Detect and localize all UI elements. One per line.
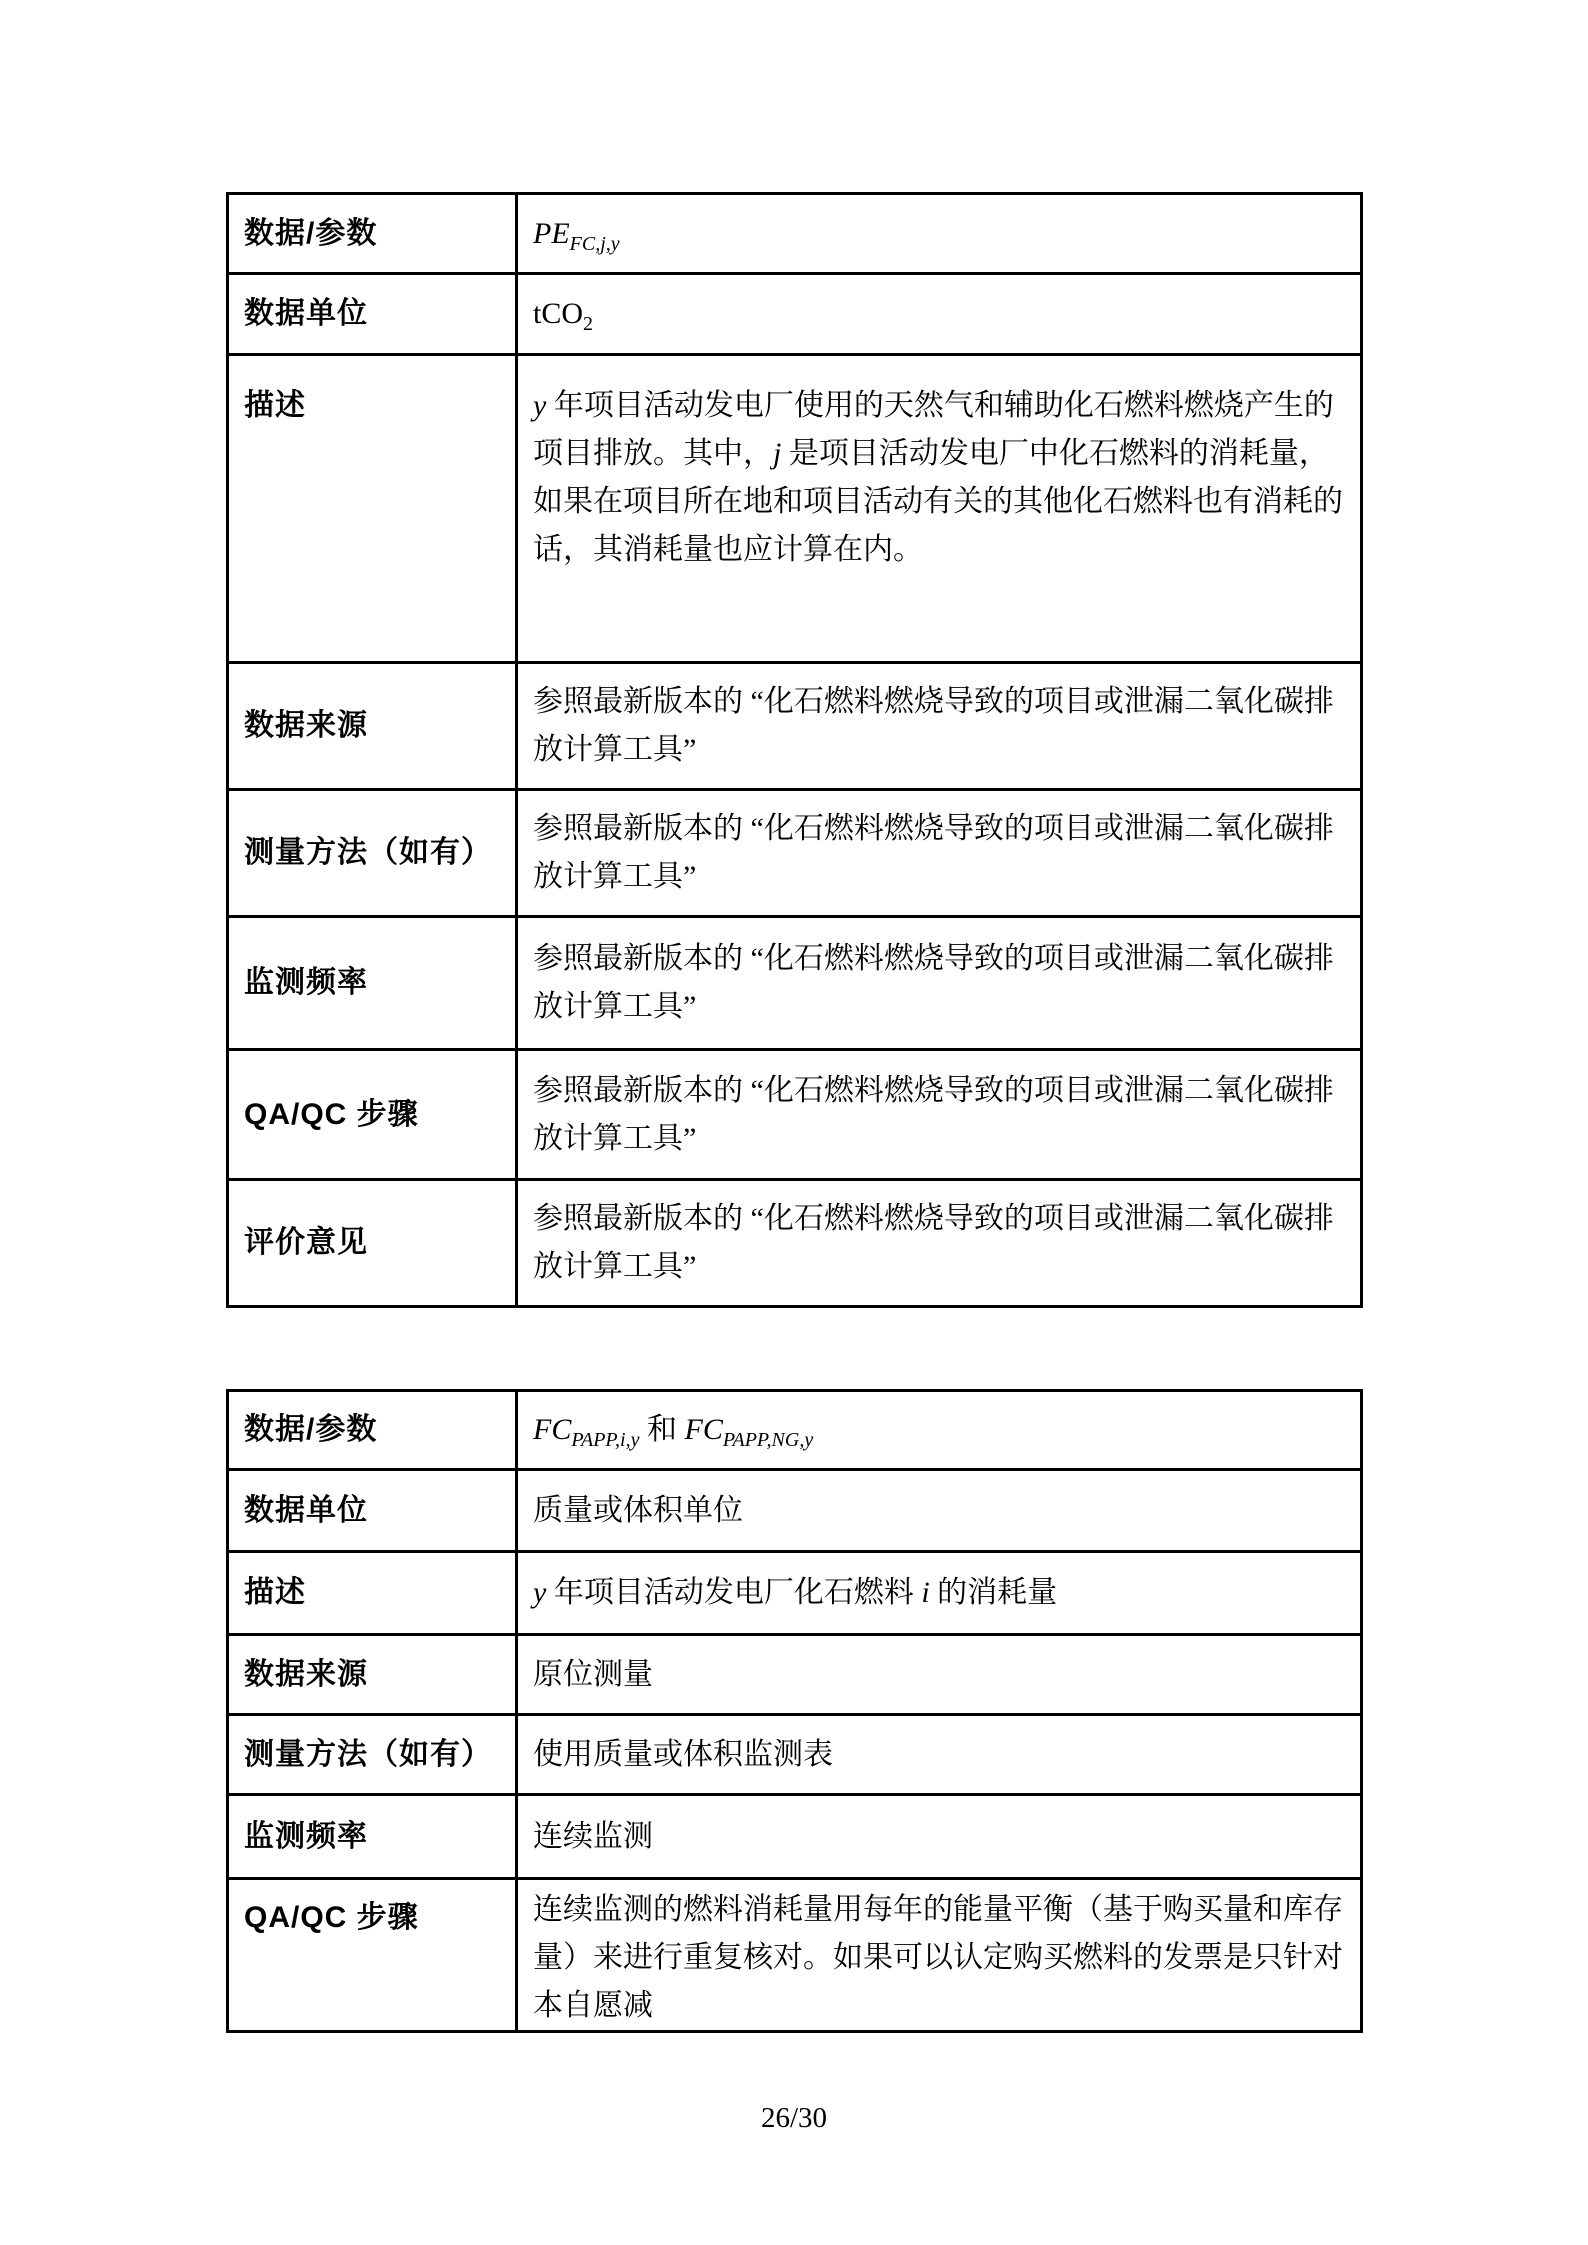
data-unit-value: tCO2 bbox=[517, 274, 1362, 355]
table-row: 测量方法（如有） 参照最新版本的 “化石燃料燃烧导致的项目或泄漏二氧化碳排放计算… bbox=[228, 790, 1362, 917]
table-row: 评价意见 参照最新版本的 “化石燃料燃烧导致的项目或泄漏二氧化碳排放计算工具” bbox=[228, 1180, 1362, 1307]
parameter-table-pe-fc: 数据/参数 PEFC,j,y 数据单位 tCO2 描述 y 年项目活动发电厂使用… bbox=[226, 192, 1363, 1308]
table-row: 数据来源 原位测量 bbox=[228, 1635, 1362, 1715]
measurement-method-value: 使用质量或体积监测表 bbox=[517, 1715, 1362, 1795]
row-label-qaqc: QA/QC 步骤 bbox=[228, 1879, 517, 2032]
measurement-method-value: 参照最新版本的 “化石燃料燃烧导致的项目或泄漏二氧化碳排放计算工具” bbox=[517, 790, 1362, 917]
unit-tco2: tCO2 bbox=[533, 297, 593, 330]
variable-i: i bbox=[921, 1576, 929, 1609]
row-label-measurement-method: 测量方法（如有） bbox=[228, 790, 517, 917]
parameter-formula: PEFC,j,y bbox=[517, 194, 1362, 274]
row-label-description: 描述 bbox=[228, 355, 517, 663]
table-row: 监测频率 参照最新版本的 “化石燃料燃烧导致的项目或泄漏二氧化碳排放计算工具” bbox=[228, 917, 1362, 1050]
table-row: 数据来源 参照最新版本的 “化石燃料燃烧导致的项目或泄漏二氧化碳排放计算工具” bbox=[228, 663, 1362, 790]
description-segment: 年项目活动发电厂化石燃料 bbox=[546, 1576, 921, 1609]
data-source-value: 原位测量 bbox=[517, 1635, 1362, 1715]
formula-subscript: PAPP,i,y bbox=[571, 1429, 639, 1451]
evaluation-comment-value: 参照最新版本的 “化石燃料燃烧导致的项目或泄漏二氧化碳排放计算工具” bbox=[517, 1180, 1362, 1307]
row-label-data-source: 数据来源 bbox=[228, 663, 517, 790]
description-text: y 年项目活动发电厂使用的天然气和辅助化石燃料燃烧产生的项目排放。其中，j 是项… bbox=[517, 355, 1362, 663]
formula-subscript: PAPP,NG,y bbox=[723, 1429, 813, 1451]
document-page: 数据/参数 PEFC,j,y 数据单位 tCO2 描述 y 年项目活动发电厂使用… bbox=[0, 0, 1588, 2245]
row-label-data-parameter: 数据/参数 bbox=[228, 1391, 517, 1470]
table-row: QA/QC 步骤 连续监测的燃料消耗量用每年的能量平衡（基于购买量和库存量）来进… bbox=[228, 1879, 1362, 2032]
formula-pe: PEFC,j,y bbox=[533, 217, 620, 250]
parameter-table-fc-papp: 数据/参数 FCPAPP,i,y 和 FCPAPP,NG,y 数据单位 质量或体… bbox=[226, 1389, 1363, 2033]
table-row: 数据/参数 PEFC,j,y bbox=[228, 194, 1362, 274]
variable-y: y bbox=[533, 1576, 546, 1609]
qaqc-value: 连续监测的燃料消耗量用每年的能量平衡（基于购买量和库存量）来进行重复核对。如果可… bbox=[517, 1879, 1362, 2032]
row-label-data-unit: 数据单位 bbox=[228, 274, 517, 355]
description-segment: 的消耗量 bbox=[930, 1576, 1058, 1609]
row-label-data-parameter: 数据/参数 bbox=[228, 194, 517, 274]
data-source-value: 参照最新版本的 “化石燃料燃烧导致的项目或泄漏二氧化碳排放计算工具” bbox=[517, 663, 1362, 790]
qaqc-value: 参照最新版本的 “化石燃料燃烧导致的项目或泄漏二氧化碳排放计算工具” bbox=[517, 1050, 1362, 1180]
parameter-formula: FCPAPP,i,y 和 FCPAPP,NG,y bbox=[517, 1391, 1362, 1470]
row-label-qaqc: QA/QC 步骤 bbox=[228, 1050, 517, 1180]
formula-joiner: 和 bbox=[640, 1413, 685, 1446]
table-row: 描述 y 年项目活动发电厂使用的天然气和辅助化石燃料燃烧产生的项目排放。其中，j… bbox=[228, 355, 1362, 663]
row-label-data-source: 数据来源 bbox=[228, 1635, 517, 1715]
row-label-evaluation-comment: 评价意见 bbox=[228, 1180, 517, 1307]
description-text: y 年项目活动发电厂化石燃料 i 的消耗量 bbox=[517, 1552, 1362, 1635]
page-number: 26/30 bbox=[0, 2102, 1588, 2135]
table-row: 数据单位 tCO2 bbox=[228, 274, 1362, 355]
row-label-description: 描述 bbox=[228, 1552, 517, 1635]
table-row: 数据单位 质量或体积单位 bbox=[228, 1470, 1362, 1552]
row-label-monitoring-frequency: 监测频率 bbox=[228, 917, 517, 1050]
formula-fc-papp-i: FCPAPP,i,y bbox=[533, 1413, 640, 1446]
table-row: 测量方法（如有） 使用质量或体积监测表 bbox=[228, 1715, 1362, 1795]
data-unit-value: 质量或体积单位 bbox=[517, 1470, 1362, 1552]
table-row: 描述 y 年项目活动发电厂化石燃料 i 的消耗量 bbox=[228, 1552, 1362, 1635]
row-label-monitoring-frequency: 监测频率 bbox=[228, 1795, 517, 1879]
row-label-measurement-method: 测量方法（如有） bbox=[228, 1715, 517, 1795]
formula-subscript: FC,j,y bbox=[570, 233, 620, 255]
unit-subscript: 2 bbox=[583, 313, 593, 335]
table-row: 数据/参数 FCPAPP,i,y 和 FCPAPP,NG,y bbox=[228, 1391, 1362, 1470]
monitoring-frequency-value: 参照最新版本的 “化石燃料燃烧导致的项目或泄漏二氧化碳排放计算工具” bbox=[517, 917, 1362, 1050]
table-row: QA/QC 步骤 参照最新版本的 “化石燃料燃烧导致的项目或泄漏二氧化碳排放计算… bbox=[228, 1050, 1362, 1180]
formula-fc-papp-ng: FCPAPP,NG,y bbox=[685, 1413, 814, 1446]
table-row: 监测频率 连续监测 bbox=[228, 1795, 1362, 1879]
variable-y: y bbox=[533, 389, 546, 422]
monitoring-frequency-value: 连续监测 bbox=[517, 1795, 1362, 1879]
row-label-data-unit: 数据单位 bbox=[228, 1470, 517, 1552]
